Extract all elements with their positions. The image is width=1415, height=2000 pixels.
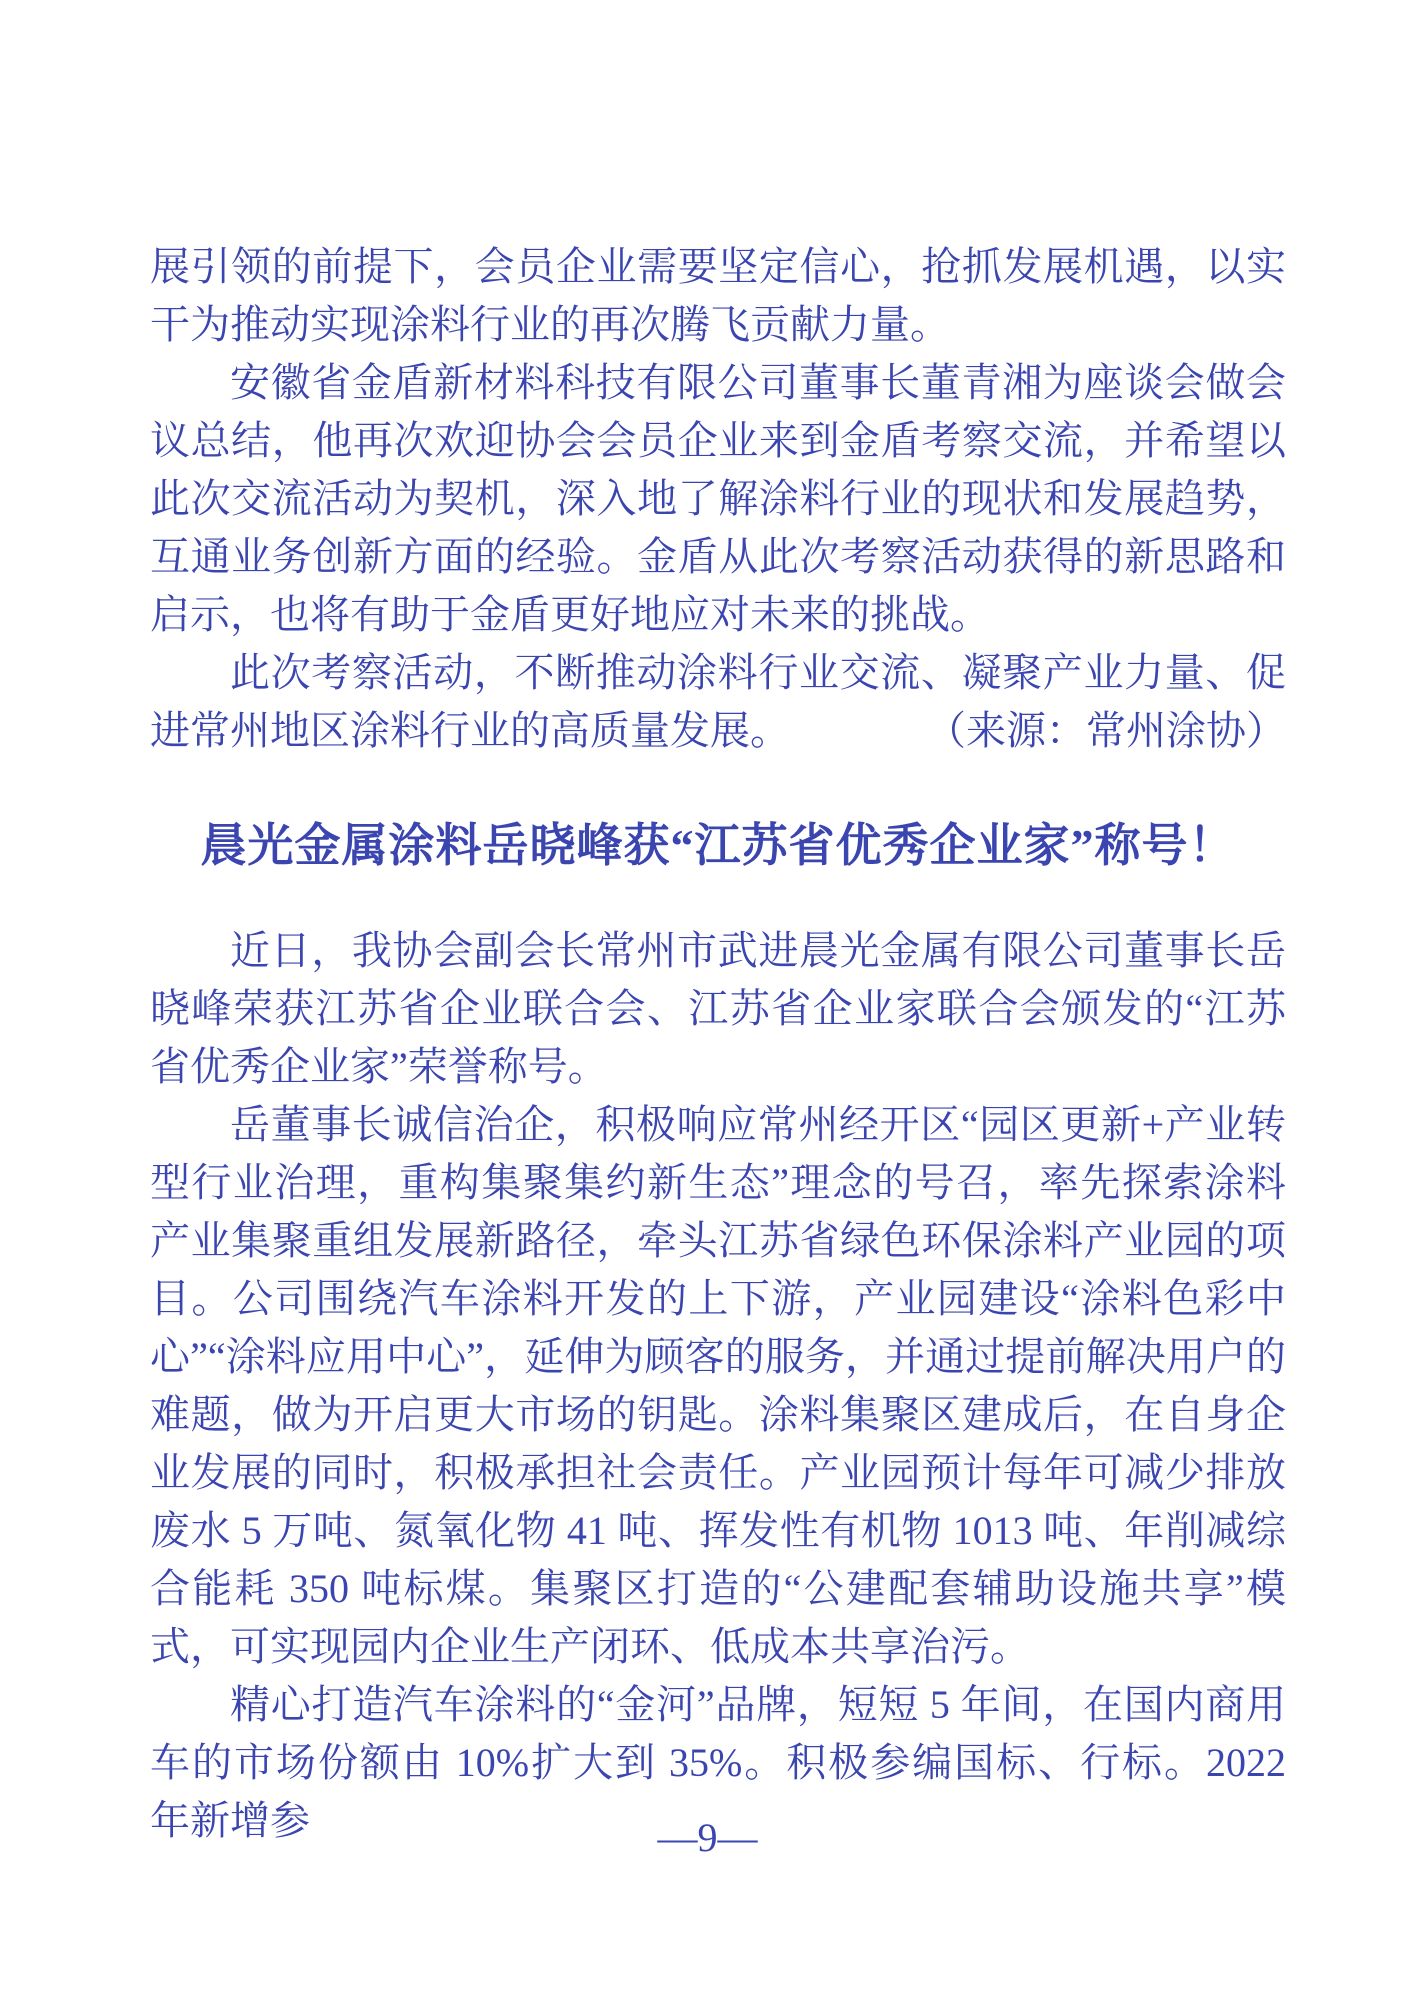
page-content: 展引领的前提下，会员企业需要坚定信心，抢抓发展机遇，以实干为推动实现涂料行业的再… xyxy=(150,238,1286,1850)
page-number: —9— xyxy=(0,1814,1415,1862)
article-title: 晨光金属涂料岳晓峰获“江苏省优秀企业家”称号！ xyxy=(150,816,1286,876)
article-chenguang-award: 晨光金属涂料岳晓峰获“江苏省优秀企业家”称号！ 近日，我协会副会长常州市武进晨光… xyxy=(150,816,1286,1850)
paragraph-continuation: 展引领的前提下，会员企业需要坚定信心，抢抓发展机遇，以实干为推动实现涂料行业的再… xyxy=(150,238,1286,354)
document-page: 展引领的前提下，会员企业需要坚定信心，抢抓发展机遇，以实干为推动实现涂料行业的再… xyxy=(0,0,1415,2000)
paragraph-jindun-summary: 安徽省金盾新材料科技有限公司董事长董青湘为座谈会做会议总结，他再次欢迎协会会员企… xyxy=(150,354,1286,644)
article-jindun-visit: 展引领的前提下，会员企业需要坚定信心，抢抓发展机遇，以实干为推动实现涂料行业的再… xyxy=(150,238,1286,760)
source-attribution: （来源：常州涂协） xyxy=(846,702,1286,760)
paragraph-industrial-park: 岳董事长诚信治企，积极响应常州经开区“园区更新+产业转型行业治理，重构集聚集约新… xyxy=(150,1096,1286,1676)
paragraph-conclusion-with-source: 此次考察活动，不断推动涂料行业交流、凝聚产业力量、促进常州地区涂料行业的高质量发… xyxy=(150,644,1286,760)
paragraph-award-announcement: 近日，我协会副会长常州市武进晨光金属有限公司董事长岳晓峰荣获江苏省企业联合会、江… xyxy=(150,922,1286,1096)
